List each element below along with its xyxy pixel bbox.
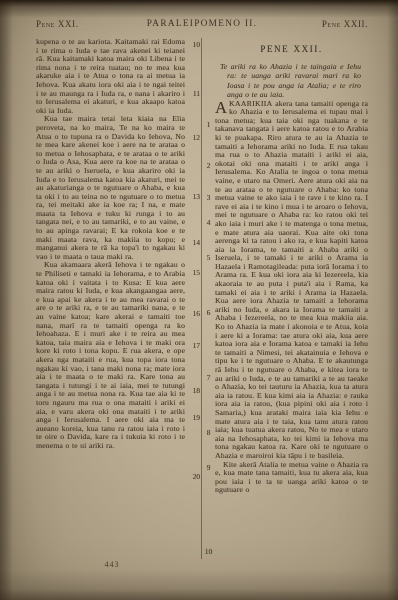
verse-number: 6 bbox=[203, 308, 214, 317]
verse-number: 8 bbox=[203, 428, 214, 437]
verse-number: 4 bbox=[203, 218, 214, 227]
verse-number-gutter-left: 10 11 12 13 14 15 16 17 18 19 20 bbox=[185, 0, 200, 600]
drop-cap: A bbox=[215, 100, 229, 116]
book-page: Pene XXI. PARALEIPOMENO II. Pene XXII. k… bbox=[0, 0, 398, 600]
body-paragraph: AKAARIKIIA akera tana tamaiti openga ra … bbox=[215, 100, 368, 461]
verse-number-gutter-right: 1 2 3 4 5 6 7 8 9 10 bbox=[203, 0, 214, 600]
right-column: PENE XXII. Te ariki ra ko Ahazia i te ta… bbox=[215, 42, 368, 495]
left-column: kupena o te au kariota. Kaitamaki rai Ed… bbox=[36, 38, 185, 451]
body-paragraph: Kite akerā Atalia te metua vaine o Ahazi… bbox=[215, 461, 368, 495]
verse-number: 10 bbox=[185, 40, 200, 49]
running-head-right: Pene XXII. bbox=[322, 19, 368, 29]
verse-number: 13 bbox=[185, 192, 200, 201]
body-paragraph: kupena o te au kariota. Kaitamaki rai Ed… bbox=[36, 38, 185, 115]
verse-number: 12 bbox=[185, 133, 200, 142]
verse-number: 2 bbox=[203, 161, 214, 170]
body-paragraph: Kua tae maira tetai leta kiaia na Elia p… bbox=[36, 115, 185, 261]
verse-text: akera tana tamaiti openga ra ko Ahazia e… bbox=[215, 99, 368, 460]
verse-number: 9 bbox=[203, 463, 214, 472]
verse-number: 20 bbox=[185, 472, 200, 481]
verse-number: 11 bbox=[185, 89, 200, 98]
verse-number: 3 bbox=[203, 193, 214, 202]
running-header: Pene XXI. PARALEIPOMENO II. Pene XXII. bbox=[36, 19, 368, 31]
verse-number: 15 bbox=[185, 268, 200, 277]
verse-number: 7 bbox=[203, 373, 214, 382]
verse-number: 10 bbox=[203, 547, 214, 556]
column-divider bbox=[201, 38, 202, 559]
running-head-center: PARALEIPOMENO II. bbox=[147, 19, 258, 29]
verse-number: 16 bbox=[185, 309, 200, 318]
verse-number: 18 bbox=[185, 386, 200, 395]
verse-number: 14 bbox=[185, 238, 200, 247]
chapter-summary: Te ariki ra ko Ahazia i te taingaia e Ie… bbox=[215, 62, 368, 100]
verse-number: 5 bbox=[203, 253, 214, 262]
running-head-left: Pene XXI. bbox=[36, 19, 79, 29]
page-number: 443 bbox=[36, 560, 188, 569]
body-paragraph: Kua akamaara akerā Iehova i te ngakau o … bbox=[36, 261, 185, 450]
chapter-heading: PENE XXII. bbox=[215, 45, 368, 54]
verse-number: 19 bbox=[185, 413, 200, 422]
verse-number: 17 bbox=[185, 341, 200, 350]
verse-number: 1 bbox=[203, 120, 214, 129]
